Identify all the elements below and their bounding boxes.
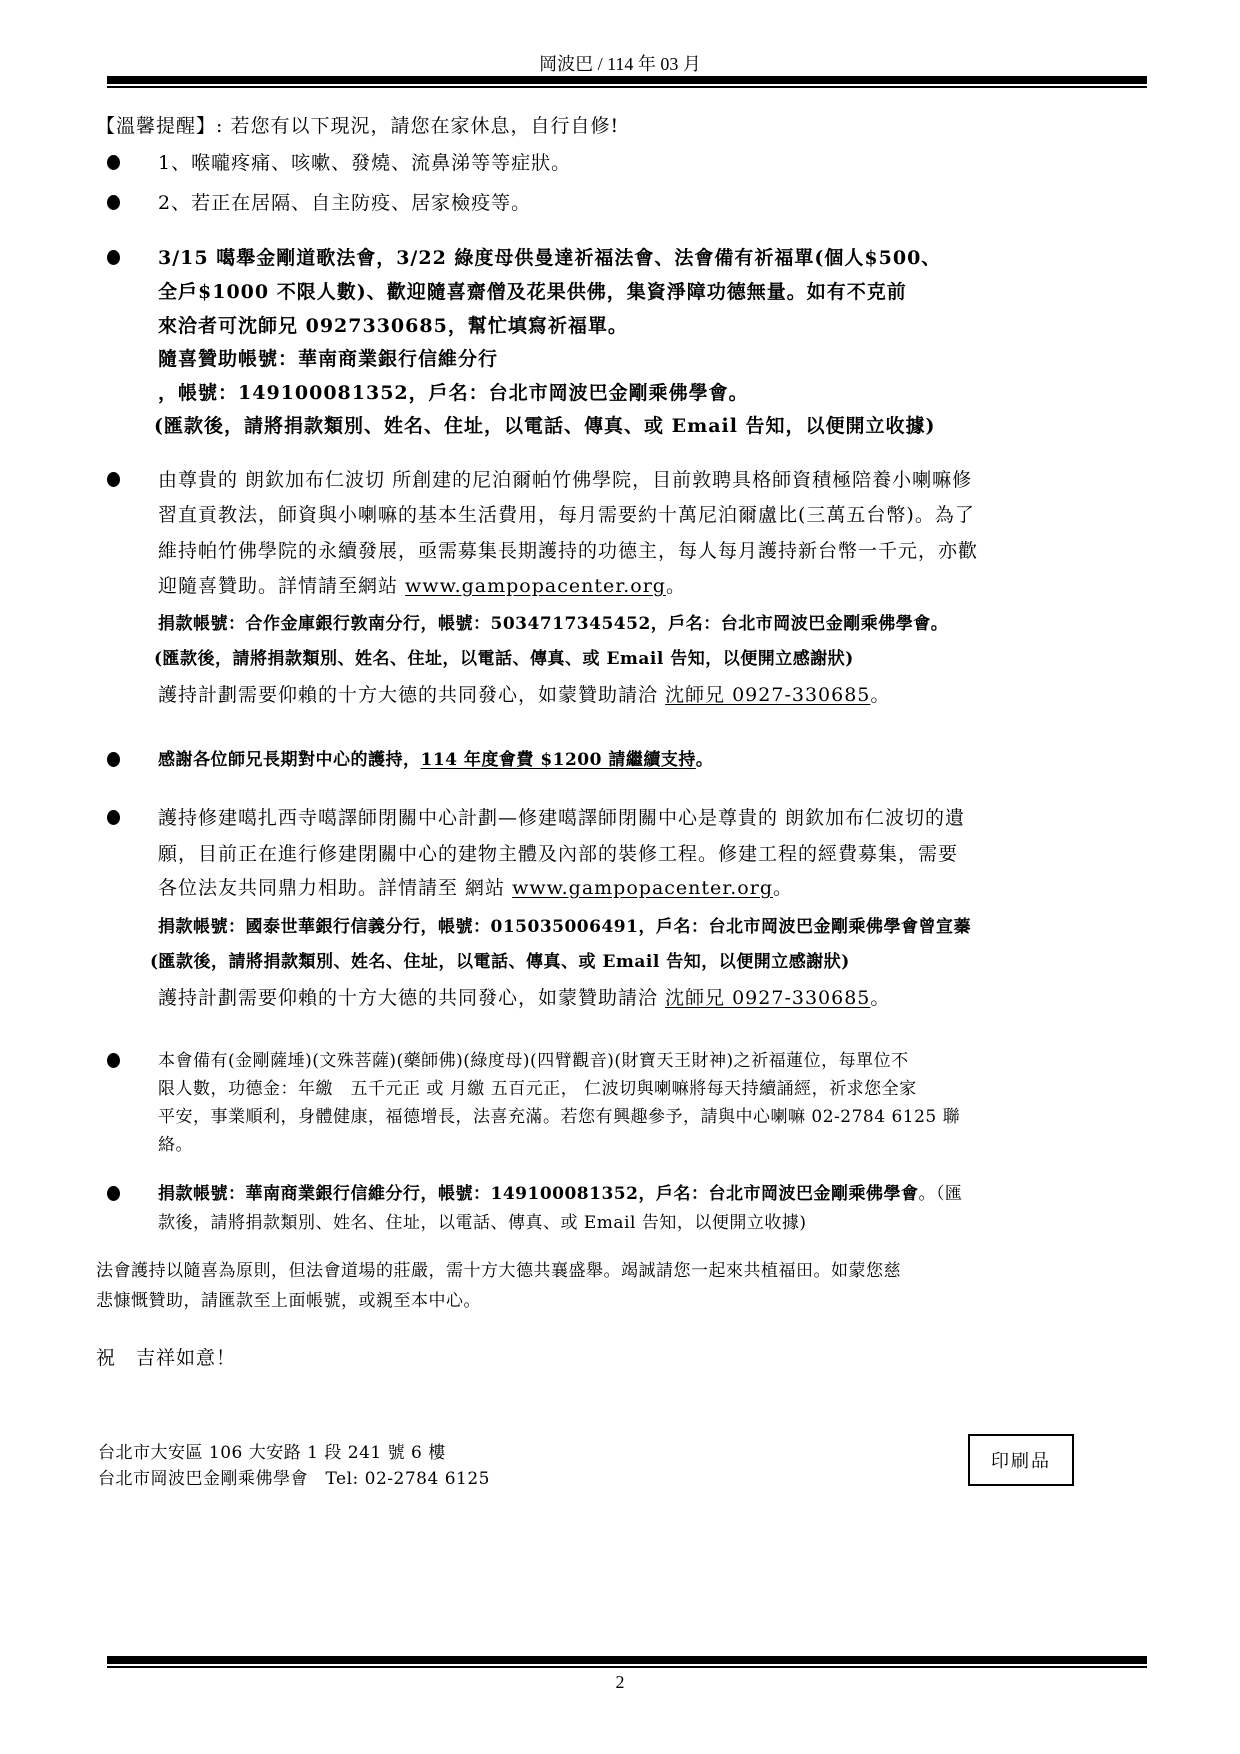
event-line: 來洽者可沈師兄 0927330685，幫忙填寫祈福單。 (158, 314, 628, 338)
closing-line: 法會護持以隨喜為原則，但法會道場的莊嚴，需十方大德共襄盛舉。竭誠請您一起來共植福… (96, 1260, 901, 1282)
bullet-icon (107, 250, 120, 265)
bullet-icon (107, 1186, 120, 1201)
header-rule (107, 76, 1147, 88)
website-link[interactable]: www.gampopacenter.org (512, 877, 773, 899)
footer-address: 台北市大安區 106 大安路 1 段 241 號 6 樓 (98, 1442, 446, 1464)
punctuation: 。 (773, 877, 793, 899)
membership-line: 感謝各位師兄長期對中心的護持，114 年度會費 $1200 請繼續支持。 (158, 749, 713, 771)
lotus-line: 絡。 (158, 1134, 193, 1156)
bullet-icon (107, 1053, 120, 1068)
closing-blessing: 祝 吉祥如意！ (96, 1346, 236, 1370)
membership-fee-highlight: 114 年度會費 $1200 請繼續支持 (421, 750, 696, 770)
college-line: 習直貢教法，師資與小喇嘛的基本生活費用，每月需要約十萬尼泊爾盧比(三萬五台幣)。… (158, 503, 975, 527)
retreat-line-3-prefix: 各位法友共同鼎力相助。詳情請至 網站 (158, 877, 512, 899)
event-account-bank: 隨喜贊助帳號：華南商業銀行信維分行 (158, 347, 498, 371)
lotus-line: 平安，事業順利，身體健康，福德增長，法喜充滿。若您有興趣參予，請與中心喇嘛 02… (158, 1106, 960, 1128)
lotus-line: 本會備有(金剛薩埵)(文殊菩薩)(藥師佛)(綠度母)(四臂觀音)(財寶天王財神)… (158, 1050, 909, 1072)
punctuation: 。 (666, 575, 686, 597)
retreat-contact: 護持計劃需要仰賴的十方大德的共同發心，如蒙贊助請洽 沈師兄 0927-33068… (158, 986, 890, 1010)
retreat-line: 願，目前正在進行修建閉關中心的建物主體及內部的裝修工程。修建工程的經費募集，需要 (158, 842, 958, 866)
retreat-account: 捐款帳號：國泰世華銀行信義分行，帳號：015035006491，戶名：台北市岡波… (158, 916, 971, 938)
page-number: 2 (0, 1672, 1240, 1693)
footer-org-tel: 台北市岡波巴金剛乘佛學會 Tel: 02-2784 6125 (98, 1468, 490, 1490)
page-header-title: 岡波巴 / 114 年 03 月 (0, 50, 1240, 76)
notice-item: 1、喉嚨疼痛、咳嗽、發燒、流鼻涕等等症狀。 (158, 151, 571, 175)
lotus-line: 限人數，功德金：年繳 五千元正 或 月繳 五百元正， 仁波切與喇嘛將每天持續誦經… (158, 1078, 917, 1100)
bullet-icon (107, 810, 120, 825)
retreat-contact-prefix: 護持計劃需要仰賴的十方大德的共同發心，如蒙贊助請洽 (158, 987, 665, 1009)
general-account-bold: 捐款帳號：華南商業銀行信維分行，帳號：149100081352，戶名：台北市岡波… (158, 1184, 918, 1204)
contact-phone-link[interactable]: 沈師兄 0927-330685 (665, 684, 870, 706)
retreat-line: 護持修建噶扎西寺噶譯師閉關中心計劃—修建噶譯師閉關中心是尊貴的 朗欽加布仁波切的… (158, 806, 965, 830)
college-line: 由尊貴的 朗欽加布仁波切 所創建的尼泊爾帕竹佛學院，目前敦聘具格師資積極陪養小喇… (158, 468, 972, 492)
bullet-icon (107, 472, 120, 487)
closing-line: 悲慷慨贊助，請匯款至上面帳號，或親至本中心。 (96, 1290, 481, 1312)
footer-rule (107, 1656, 1147, 1668)
printed-matter-stamp: 印刷品 (968, 1434, 1074, 1486)
college-line: 維持帕竹佛學院的永續發展，亟需募集長期護持的功德主，每人每月護持新台幣一千元，亦… (158, 539, 978, 563)
membership-prefix: 感謝各位師兄長期對中心的護持， (158, 750, 421, 770)
general-account-line-2: 款後，請將捐款類別、姓名、住址，以電話、傳真、或 Email 告知，以便開立收據… (158, 1212, 806, 1234)
college-line-4-prefix: 迎隨喜贊助。詳情請至網站 (158, 575, 405, 597)
college-remit-note: (匯款後，請將捐款類別、姓名、住址，以電話、傳真、或 Email 告知，以便開立… (154, 648, 854, 670)
notice-heading: 【溫馨提醒】: 若您有以下現況，請您在家休息，自行自修! (96, 114, 619, 138)
punctuation: 。 (870, 684, 890, 706)
event-line: 全戶$1000 不限人數)、歡迎隨喜齋僧及花果供佛，集資淨障功德無量。如有不克前 (158, 280, 907, 304)
punctuation: 。 (870, 987, 890, 1009)
college-line-4: 迎隨喜贊助。詳情請至網站 www.gampopacenter.org。 (158, 574, 686, 598)
college-contact: 護持計劃需要仰賴的十方大德的共同發心，如蒙贊助請洽 沈師兄 0927-33068… (158, 683, 890, 707)
event-remit-note: (匯款後，請將捐款類別、姓名、住址，以電話、傳真、或 Email 告知，以便開立… (154, 414, 936, 438)
general-account-rest: 。（匯 (918, 1184, 962, 1204)
bullet-icon (107, 195, 120, 210)
event-line: 3/15 噶舉金剛道歌法會，3/22 綠度母供曼達祈福法會、法會備有祈福單(個人… (158, 246, 941, 270)
bullet-icon (107, 155, 120, 170)
college-account: 捐款帳號：合作金庫銀行敦南分行，帳號：5034717345452，戶名：台北市岡… (158, 613, 948, 635)
contact-phone-link[interactable]: 沈師兄 0927-330685 (665, 987, 870, 1009)
event-account-number: ，帳號：149100081352，戶名：台北市岡波巴金剛乘佛學會。 (158, 381, 749, 405)
general-account-line-1: 捐款帳號：華南商業銀行信維分行，帳號：149100081352，戶名：台北市岡波… (158, 1183, 962, 1205)
retreat-remit-note: (匯款後，請將捐款類別、姓名、住址，以電話、傳真、或 Email 告知，以便開立… (150, 951, 850, 973)
bullet-icon (107, 752, 120, 767)
website-link[interactable]: www.gampopacenter.org (405, 575, 666, 597)
retreat-line-3: 各位法友共同鼎力相助。詳情請至 網站 www.gampopacenter.org… (158, 876, 793, 900)
punctuation: 。 (696, 750, 714, 770)
notice-item: 2、若正在居隔、自主防疫、居家檢疫等。 (158, 191, 531, 215)
college-contact-prefix: 護持計劃需要仰賴的十方大德的共同發心，如蒙贊助請洽 (158, 684, 665, 706)
